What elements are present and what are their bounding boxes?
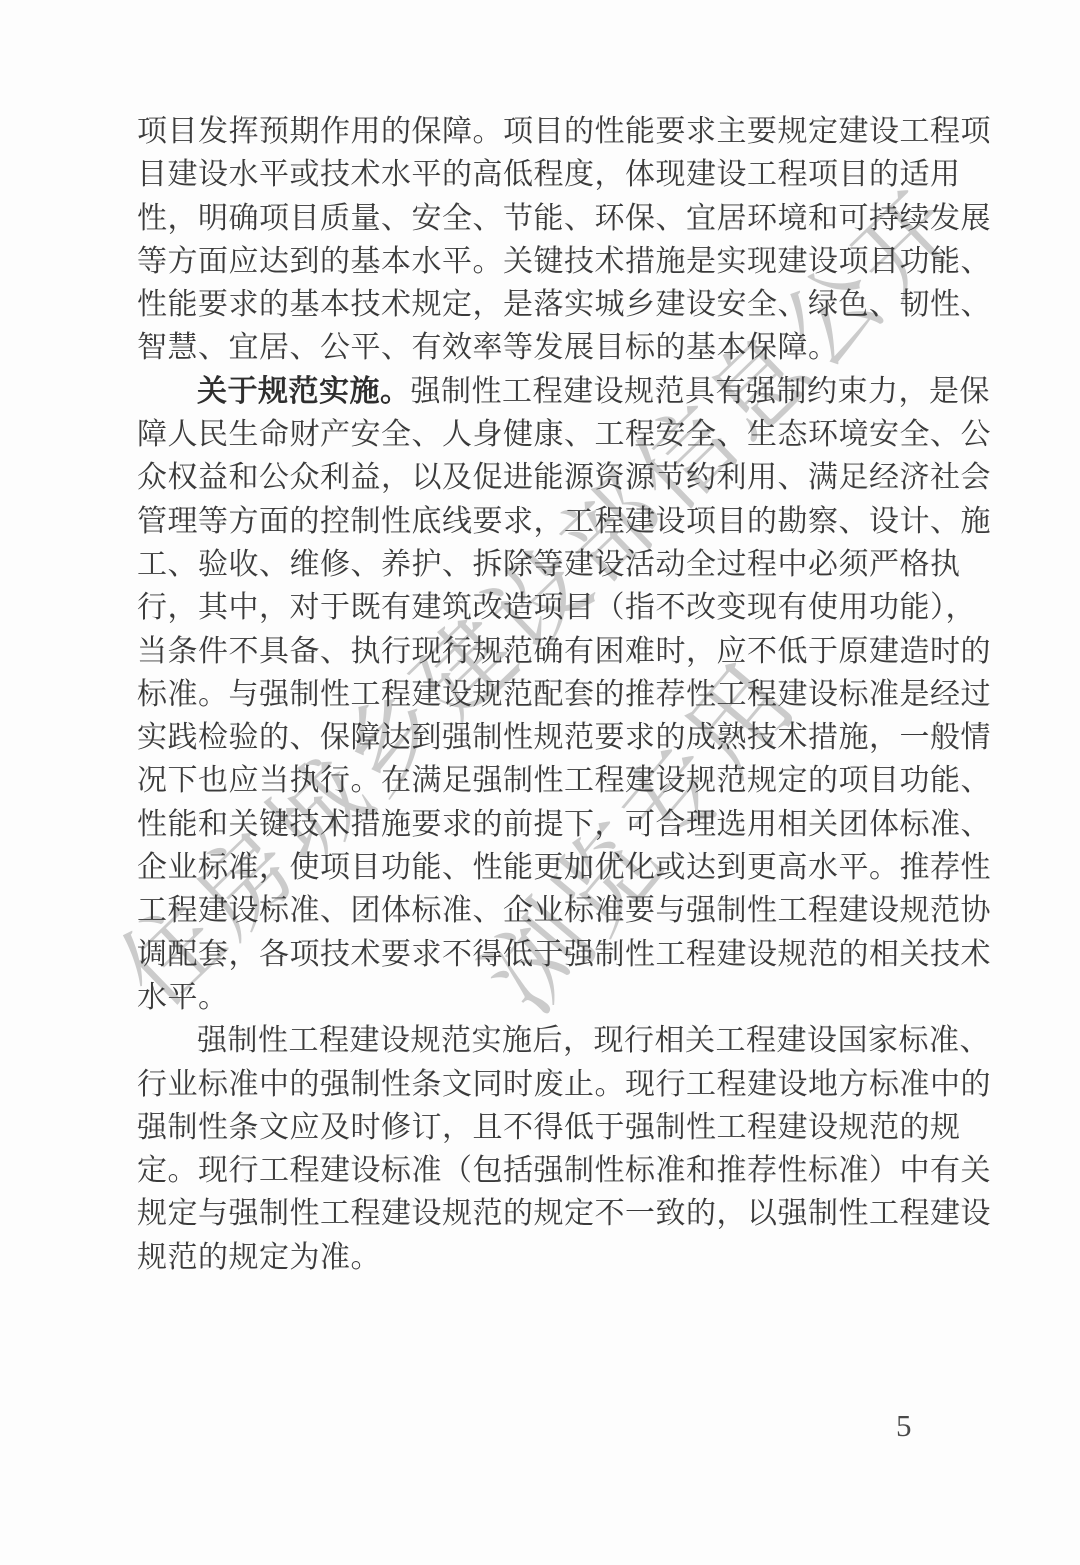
text-line: 工、验收、维修、养护、拆除等建设活动全过程中必须严格执 xyxy=(137,543,945,586)
text-line: 行，其中，对于既有建筑改造项目（指不改变现有使用功能）， xyxy=(137,586,945,629)
text-line: 规定与强制性工程建设规范的规定不一致的，以强制性工程建设 xyxy=(137,1192,945,1235)
text-line: 智慧、宜居、公平、有效率等发展目标的基本保障。 xyxy=(137,326,945,369)
text-line: 性能要求的基本技术规定，是落实城乡建设安全、绿色、韧性、 xyxy=(137,283,945,326)
text-line: 实践检验的、保障达到强制性规范要求的成熟技术措施，一般情 xyxy=(137,716,945,759)
text-line: 目建设水平或技术水平的高低程度，体现建设工程项目的适用 xyxy=(137,153,945,196)
text-line: 众权益和公众利益，以及促进能源资源节约利用、满足经济社会 xyxy=(137,456,945,499)
text-line: 障人民生命财产安全、人身健康、工程安全、生态环境安全、公 xyxy=(137,413,945,456)
text-line: 工程建设标准、团体标准、企业标准要与强制性工程建设规范协 xyxy=(137,889,945,932)
text-line: 管理等方面的控制性底线要求，工程建设项目的勘察、设计、施 xyxy=(137,500,945,543)
text-line: 性能和关键技术措施要求的前提下，可合理选用相关团体标准、 xyxy=(137,803,945,846)
text-line: 强制性条文应及时修订，且不得低于强制性工程建设规范的规 xyxy=(137,1106,945,1149)
text-line: 企业标准，使项目功能、性能更加优化或达到更高水平。推荐性 xyxy=(137,846,945,889)
text-line: 规范的规定为准。 xyxy=(137,1236,945,1279)
document-body: 项目发挥预期作用的保障。项目的性能要求主要规定建设工程项目建设水平或技术水平的高… xyxy=(137,110,945,1279)
paragraph-bold-lead: 关于规范实施。 xyxy=(197,375,411,408)
text-line: 定。现行工程建设标准（包括强制性标准和推荐性标准）中有关 xyxy=(137,1149,945,1192)
text-line: 性，明确项目质量、安全、节能、环保、宜居环境和可持续发展 xyxy=(137,197,945,240)
text-line: 水平。 xyxy=(137,976,945,1019)
text-line: 强制性工程建设规范实施后，现行相关工程建设国家标准、 xyxy=(137,1019,945,1062)
text-line: 标准。与强制性工程建设规范配套的推荐性工程建设标准是经过 xyxy=(137,673,945,716)
document-page: 住房城乡建设部信息公开 浏览专用 项目发挥预期作用的保障。项目的性能要求主要规定… xyxy=(0,0,1080,1565)
page-number: 5 xyxy=(896,1408,913,1444)
text-line: 项目发挥预期作用的保障。项目的性能要求主要规定建设工程项 xyxy=(137,110,945,153)
text-line: 当条件不具备、执行现行规范确有困难时，应不低于原建造时的 xyxy=(137,630,945,673)
text-line: 行业标准中的强制性条文同时废止。现行工程建设地方标准中的 xyxy=(137,1063,945,1106)
text-line: 况下也应当执行。在满足强制性工程建设规范规定的项目功能、 xyxy=(137,759,945,802)
text-line: 调配套，各项技术要求不得低于强制性工程建设规范的相关技术 xyxy=(137,933,945,976)
text-line: 关于规范实施。强制性工程建设规范具有强制约束力，是保 xyxy=(137,370,945,413)
text-line: 等方面应达到的基本水平。关键技术措施是实现建设项目功能、 xyxy=(137,240,945,283)
